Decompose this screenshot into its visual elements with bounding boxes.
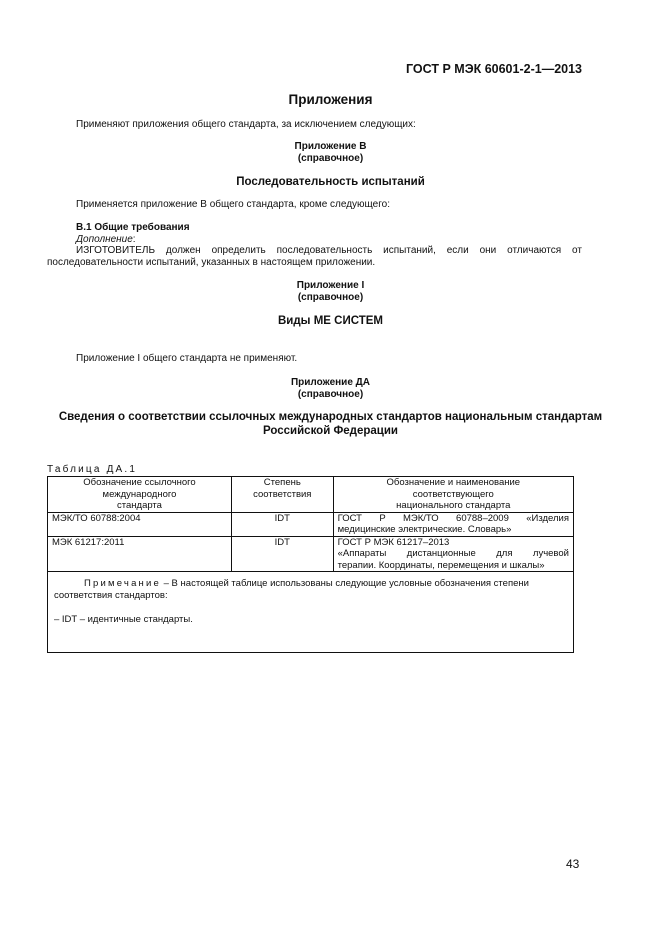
addition-colon: : xyxy=(133,234,136,245)
national-line2: «Аппараты дистанционные для лучевой xyxy=(338,548,569,560)
cell-national: ГОСТ Р МЭК/ТО 60788–2009 «Изделия медици… xyxy=(333,512,573,536)
word: ИЗГОТОВИТЕЛЬ xyxy=(76,245,155,257)
word: Р xyxy=(379,513,385,525)
page-number: 43 xyxy=(566,857,579,871)
word: 60788–2009 xyxy=(456,513,509,525)
word: МЭК/ТО xyxy=(403,513,439,525)
annex-i-label: Приложение I xyxy=(0,280,661,292)
annex-i-text: Приложение I общего стандарта не применя… xyxy=(76,353,297,365)
cell-degree: IDT xyxy=(231,536,333,572)
word: лучевой xyxy=(533,548,569,560)
annex-da-type: (справочное) xyxy=(0,389,661,401)
clause-b1-title: В.1 Общие требования xyxy=(76,222,190,234)
conformity-table: Обозначение ссылочного международного ст… xyxy=(47,476,574,653)
note-text: – В настоящей таблице использованы следу… xyxy=(161,578,529,589)
table-row: МЭК 61217:2011 IDT ГОСТ Р МЭК 61217–2013… xyxy=(48,536,574,572)
word: последовательность xyxy=(277,245,373,257)
table-note-row: Примечание – В настоящей таблице использ… xyxy=(48,572,574,653)
table-header-row: Обозначение ссылочного международного ст… xyxy=(48,477,574,513)
note-label: Примечание xyxy=(84,578,161,589)
note-item-idt: – IDT – идентичные стандарты. xyxy=(54,614,567,626)
word: должен xyxy=(166,245,201,257)
cell-degree: IDT xyxy=(231,512,333,536)
header-line: соответствующего xyxy=(338,489,569,501)
header-national-standard: Обозначение и наименование соответствующ… xyxy=(333,477,573,513)
note-line1: Примечание – В настоящей таблице использ… xyxy=(54,578,567,590)
header-line: Обозначение и наименование xyxy=(338,477,569,489)
word: для xyxy=(496,548,512,560)
cell-national: ГОСТ Р МЭК 61217–2013 «Аппараты дистанци… xyxy=(333,536,573,572)
header-line: стандарта xyxy=(52,500,227,512)
annex-b-type: (справочное) xyxy=(0,153,661,165)
word: ГОСТ xyxy=(338,513,362,525)
addition-label-text: Дополнение xyxy=(76,234,133,245)
annex-b-text-line2: последовательности испытаний, указанных … xyxy=(47,257,375,269)
national-line2: медицинские электрические. Словарь» xyxy=(338,524,569,536)
annex-b-title: Последовательность испытаний xyxy=(0,176,661,188)
word: от xyxy=(572,245,582,257)
header-international-standard: Обозначение ссылочного международного ст… xyxy=(48,477,232,513)
header-line: Степень xyxy=(236,477,329,489)
header-degree: Степень соответствия xyxy=(231,477,333,513)
national-line1: ГОСТ Р МЭК/ТО 60788–2009 «Изделия xyxy=(338,513,569,525)
annex-da-label: Приложение ДА xyxy=(0,377,661,389)
word: они xyxy=(480,245,497,257)
note-line2: соответствия стандартов: xyxy=(54,590,567,602)
annex-b-text-line1: ИЗГОТОВИТЕЛЬ должен определить последова… xyxy=(76,245,582,257)
table-row: МЭК/ТО 60788:2004 IDT ГОСТ Р МЭК/ТО 6078… xyxy=(48,512,574,536)
table-note: Примечание – В настоящей таблице использ… xyxy=(48,572,574,653)
word: «Изделия xyxy=(526,513,569,525)
annexes-intro: Применяют приложения общего стандарта, з… xyxy=(76,119,416,131)
annex-da-title-line2: Российской Федерации xyxy=(0,425,661,437)
standard-code-header: ГОСТ Р МЭК 60601-2-1—2013 xyxy=(0,62,582,76)
word: дистанционные xyxy=(407,548,476,560)
header-line: международного xyxy=(52,489,227,501)
national-line1: ГОСТ Р МЭК 61217–2013 xyxy=(338,537,569,549)
annex-b-label: Приложение В xyxy=(0,141,661,153)
cell-international: МЭК/ТО 60788:2004 xyxy=(48,512,232,536)
cell-international: МЭК 61217:2011 xyxy=(48,536,232,572)
word: определить xyxy=(212,245,266,257)
word: испытаний, xyxy=(383,245,436,257)
header-line: национального стандарта xyxy=(338,500,569,512)
annex-b-intro: Применяется приложение В общего стандарт… xyxy=(76,199,390,211)
word: если xyxy=(447,245,469,257)
word: «Аппараты xyxy=(338,548,387,560)
page-title: Приложения xyxy=(0,92,661,107)
table-caption: Таблица ДА.1 xyxy=(47,464,137,476)
national-line3: терапии. Координаты, перемещения и шкалы… xyxy=(338,560,569,572)
annex-i-type: (справочное) xyxy=(0,292,661,304)
annex-i-title: Виды МЕ СИСТЕМ xyxy=(0,315,661,327)
annex-da-title-line1: Сведения о соответствии ссылочных междун… xyxy=(0,411,661,423)
word: отличаются xyxy=(507,245,561,257)
header-line: Обозначение ссылочного xyxy=(52,477,227,489)
header-line: соответствия xyxy=(236,489,329,501)
